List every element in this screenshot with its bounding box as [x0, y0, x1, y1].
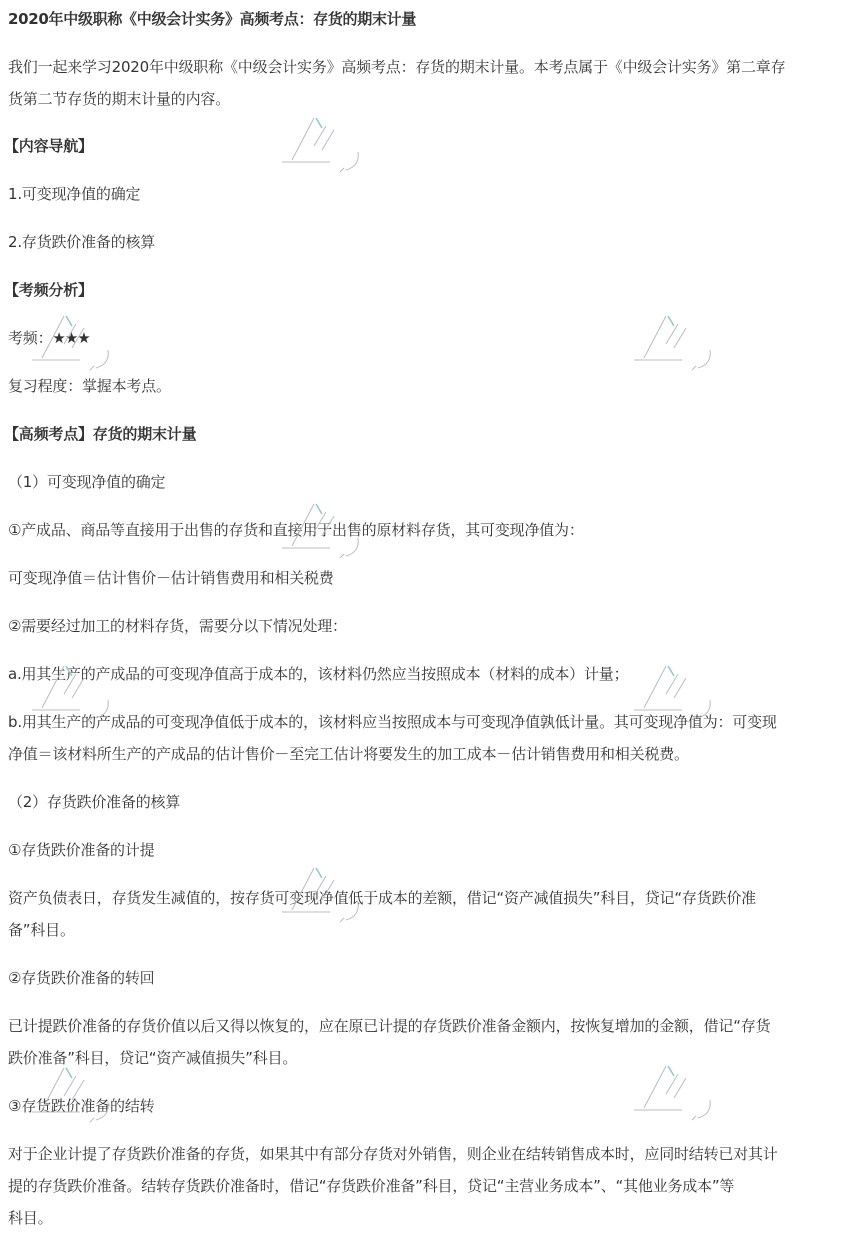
freq-heading: 【考频分析】 [4, 274, 844, 306]
section-2-item-1-line-1: 资产负债表日，存货发生减值的，按存货可变现净值低于成本的差额，借记“资产减值损失… [8, 882, 848, 914]
topic-heading: 【高频考点】存货的期末计量 [4, 418, 844, 450]
section-1-item-2: ②需要经过加工的材料存货，需要分以下情况处理： [8, 610, 848, 642]
section-1-formula: 可变现净值＝估计售价－估计销售费用和相关税费 [8, 562, 848, 594]
section-2-title: （2）存货跌价准备的核算 [8, 786, 848, 818]
intro-paragraph-line-1: 我们一起来学习2020年中级职称《中级会计实务》高频考点：存货的期末计量。本考点… [8, 51, 848, 83]
section-2-item-3-line-2: 提的存货跌价准备。结转存货跌价准备时，借记“存货跌价准备”科目，贷记“主营业务成… [8, 1170, 848, 1202]
article-title: 2020年中级职称《中级会计实务》高频考点：存货的期末计量 [8, 8, 416, 30]
star-rating-icon: ★★★ [52, 329, 89, 347]
nav-heading: 【内容导航】 [4, 130, 844, 162]
nav-item-1: 1.可变现净值的确定 [8, 178, 848, 210]
freq-row: 考频：★★★ [8, 322, 848, 354]
section-2-item-2-line-1: 已计提跌价准备的存货价值以后又得以恢复的，应在原已计提的存货跌价准备金额内，按恢… [8, 1010, 848, 1042]
review-level: 复习程度：掌握本考点。 [8, 370, 848, 402]
section-2-item-1-line-2: 备”科目。 [8, 914, 848, 946]
section-2-item-3-line-1: 对于企业计提了存货跌价准备的存货，如果其中有部分存货对外销售，则企业在结转销售成… [8, 1138, 848, 1170]
section-2-item-1-title: ①存货跌价准备的计提 [8, 834, 848, 866]
nav-item-2: 2.存货跌价准备的核算 [8, 226, 848, 258]
section-1-item-2b-line-2: 净值＝该材料所生产的产成品的估计售价－至完工估计将要发生的加工成本－估计销售费用… [8, 738, 848, 770]
section-2-item-2-title: ②存货跌价准备的转回 [8, 962, 848, 994]
freq-label: 考频： [8, 329, 52, 347]
section-1-item-2a: a.用其生产的产成品的可变现净值高于成本的，该材料仍然应当按照成本（材料的成本）… [8, 658, 848, 690]
intro-paragraph-line-2: 货第二节存货的期末计量的内容。 [8, 83, 848, 115]
section-2-item-2-line-2: 跌价准备”科目，贷记“资产减值损失”科目。 [8, 1042, 848, 1074]
section-2-item-3-title: ③存货跌价准备的结转 [8, 1090, 848, 1122]
section-2-item-3-line-3: 科目。 [8, 1202, 848, 1234]
section-1-item-2b-line-1: b.用其生产的产成品的可变现净值低于成本的，该材料应当按照成本与可变现净值孰低计… [8, 706, 848, 738]
section-1-title: （1）可变现净值的确定 [8, 466, 848, 498]
section-1-item-1: ①产成品、商品等直接用于出售的存货和直接用于出售的原材料存货，其可变现净值为： [8, 514, 848, 546]
